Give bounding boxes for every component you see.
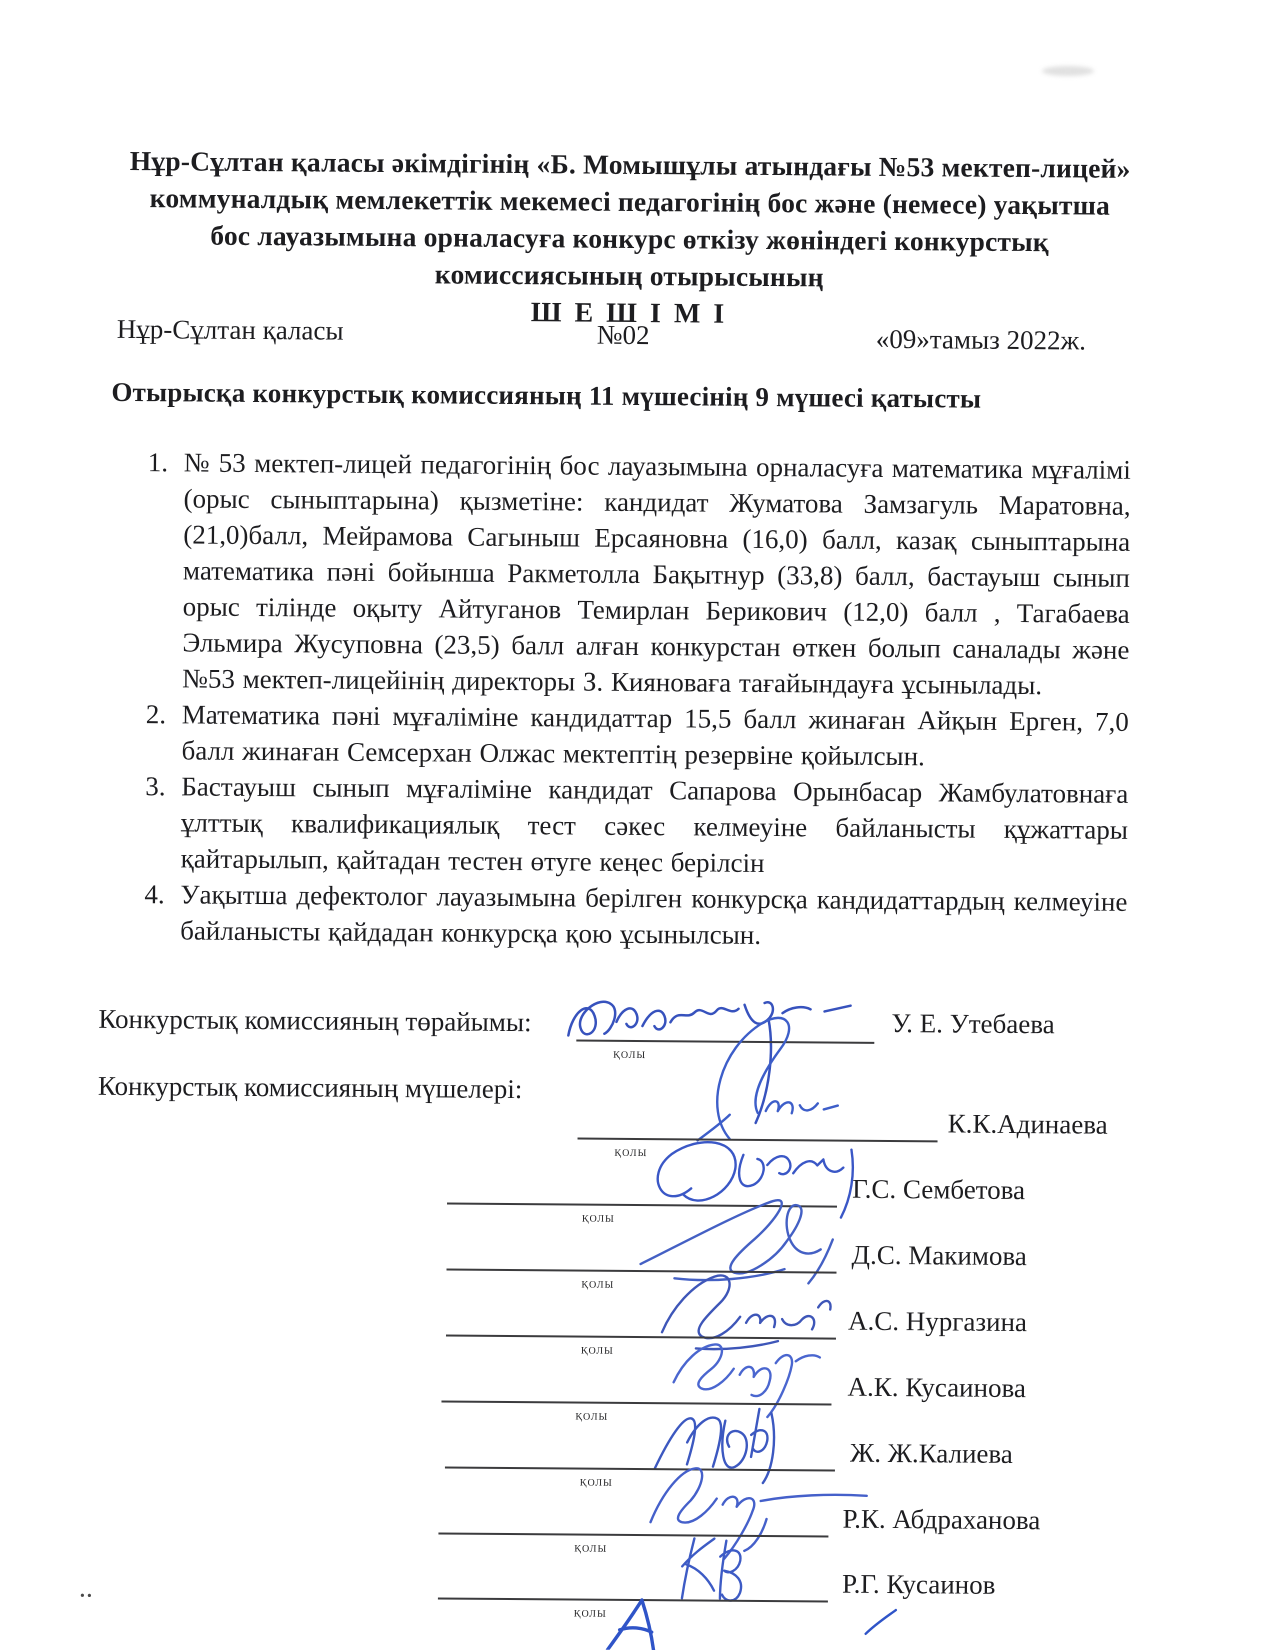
member-signature-line — [438, 1597, 828, 1602]
member-signature-line — [438, 1532, 828, 1537]
member-name: Ж. Ж.Калиева — [850, 1438, 1013, 1470]
member-name: К.К.Адинаева — [948, 1108, 1108, 1140]
member-name: Г.С. Сембетова — [852, 1174, 1025, 1206]
member-signature-caption: қолы — [580, 1474, 613, 1491]
member-name: Р.Г. Кусаинов — [842, 1569, 996, 1601]
resolution-item: 2. Математика пәні мұғаліміне кандидатта… — [145, 696, 1129, 776]
member-signature-caption: қолы — [575, 1408, 608, 1425]
meta-city: Нұр-Сұлтан қаласы — [117, 314, 344, 347]
item-text: Уақытша дефектолог лауазымына берілген к… — [180, 876, 1128, 955]
chairman-signature-line — [576, 1040, 874, 1044]
attendance-line: Отырысқа конкурстық комиссияның 11 мүшес… — [111, 377, 1171, 416]
member-signature-caption: қолы — [582, 1210, 615, 1227]
item-number: 3. — [145, 768, 166, 804]
partial-signature-scribble — [594, 1598, 914, 1650]
member-signature-line — [441, 1400, 831, 1405]
member-name: А.С. Нургазина — [848, 1306, 1027, 1338]
resolution-item: 4. Уақытша дефектолог лауазымына берілге… — [144, 876, 1128, 956]
meta-date: «09»тамыз 2022ж. — [876, 324, 1086, 357]
chairman-signature-caption: қолы — [613, 1046, 646, 1063]
document-title: Нұр-Сұлтан қаласы әкімдігінің «Б. Момышұ… — [109, 142, 1150, 336]
member-name: Р.К. Абдраханова — [842, 1504, 1040, 1537]
member-signature-caption: қолы — [614, 1144, 647, 1161]
member-signature-line — [446, 1334, 836, 1339]
scanned-decision-document: Нұр-Сұлтан қаласы әкімдігінің «Б. Момышұ… — [0, 0, 1278, 1650]
item-number: 4. — [144, 876, 165, 912]
member-name: А.К. Кусаинова — [847, 1372, 1026, 1404]
member-signature-line — [445, 1466, 835, 1471]
chairman-signature-scribble — [558, 981, 889, 1134]
item-number: 2. — [146, 696, 167, 732]
member-signature-line — [578, 1138, 938, 1143]
item-text: № 53 мектеп-лицей педагогінің бос лауазы… — [182, 444, 1131, 703]
chairman-label: Конкурстық комиссияның төрайымы: — [98, 1004, 531, 1038]
resolution-item: 1. № 53 мектеп-лицей педагогінің бос лау… — [146, 444, 1131, 704]
member-signature-caption: қолы — [574, 1605, 607, 1622]
document-content: Нұр-Сұлтан қаласы әкімдігінің «Б. Момышұ… — [0, 0, 1278, 1650]
member-signature-line — [446, 1269, 836, 1274]
member-signature-line — [447, 1203, 837, 1208]
resolution-item: 3. Бастауыш сынып мұғаліміне кандидат Са… — [145, 768, 1129, 884]
item-text: Математика пәні мұғаліміне кандидаттар 1… — [181, 696, 1129, 775]
member-signature-caption: қолы — [581, 1342, 614, 1359]
member-signature-caption: қолы — [574, 1540, 607, 1557]
footer-mark: .. — [80, 1580, 94, 1603]
members-label: Конкурстық комиссияның мүшелері: — [98, 1071, 523, 1105]
resolution-items: 1. № 53 мектеп-лицей педагогінің бос лау… — [144, 444, 1131, 956]
meta-doc-number: №02 — [597, 320, 650, 351]
item-text: Бастауыш сынып мұғаліміне кандидат Сапар… — [181, 768, 1129, 883]
item-number: 1. — [148, 444, 169, 480]
chairman-name: У. Е. Утебаева — [891, 1008, 1054, 1040]
member-signature-caption: қолы — [581, 1276, 614, 1293]
member-name: Д.С. Макимова — [852, 1240, 1027, 1272]
